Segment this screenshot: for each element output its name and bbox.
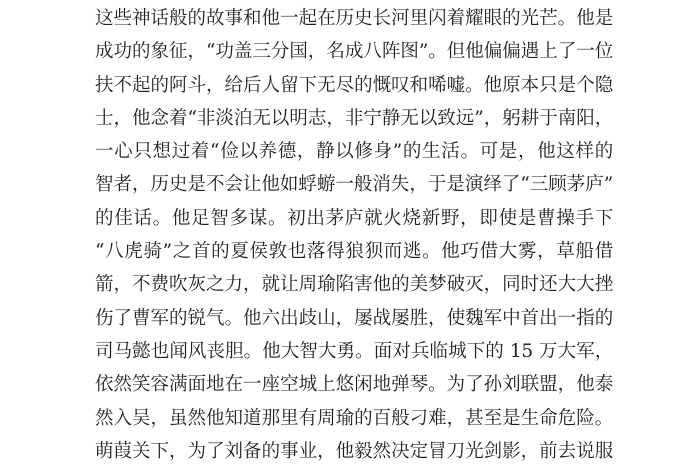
text-line: 司马懿也闻风丧胆。他大智大勇。面对兵临城下的 15 万大军，	[95, 335, 613, 368]
text-line: 的佳话。他足智多谋。初出茅庐就火烧新野，即使是曹操手下	[95, 202, 613, 235]
text-line: 然入吴，虽然他知道那里有周瑜的百般刁难，甚至是生命危险。	[95, 402, 613, 435]
text-line: 扶不起的阿斗，给后人留下无尽的慨叹和唏嘘。他原本只是个隐	[95, 69, 613, 102]
text-line: 智者，历史是不会让他如蜉蝣一般消失，于是演绎了“三顾茅庐”	[95, 168, 613, 201]
paragraph-text-block: 这些神话般的故事和他一起在历史长河里闪着耀眼的光芒。他是 成功的象征，“功盖三分…	[95, 2, 613, 468]
text-line: 一心只想过着“俭以养德，静以修身”的生活。可是，他这样的	[95, 135, 613, 168]
text-line: 依然笑容满面地在一座空城上悠闲地弹琴。为了孙刘联盟，他泰	[95, 368, 613, 401]
text-line: 伤了曹军的锐气。他六出歧山，屡战屡胜，使魏军中首出一指的	[95, 302, 613, 335]
text-line: 成功的象征，“功盖三分国，名成八阵图”。但他偏偏遇上了一位	[95, 35, 613, 68]
text-line: “八虎骑”之首的夏侯敦也落得狼狈而逃。他巧借大雾，草船借	[95, 235, 613, 268]
text-line: 萌葭关下，为了刘备的事业，他毅然决定冒刀光剑影，前去说服	[95, 435, 613, 468]
text-line: 士，他念着“非淡泊无以明志，非宁静无以致远”，躬耕于南阳，	[95, 102, 613, 135]
document-page: 这些神话般的故事和他一起在历史长河里闪着耀眼的光芒。他是 成功的象征，“功盖三分…	[0, 0, 700, 470]
text-line: 这些神话般的故事和他一起在历史长河里闪着耀眼的光芒。他是	[95, 2, 613, 35]
text-line: 箭，不费吹灰之力，就让周瑜陷害他的美梦破灭，同时还大大挫	[95, 268, 613, 301]
